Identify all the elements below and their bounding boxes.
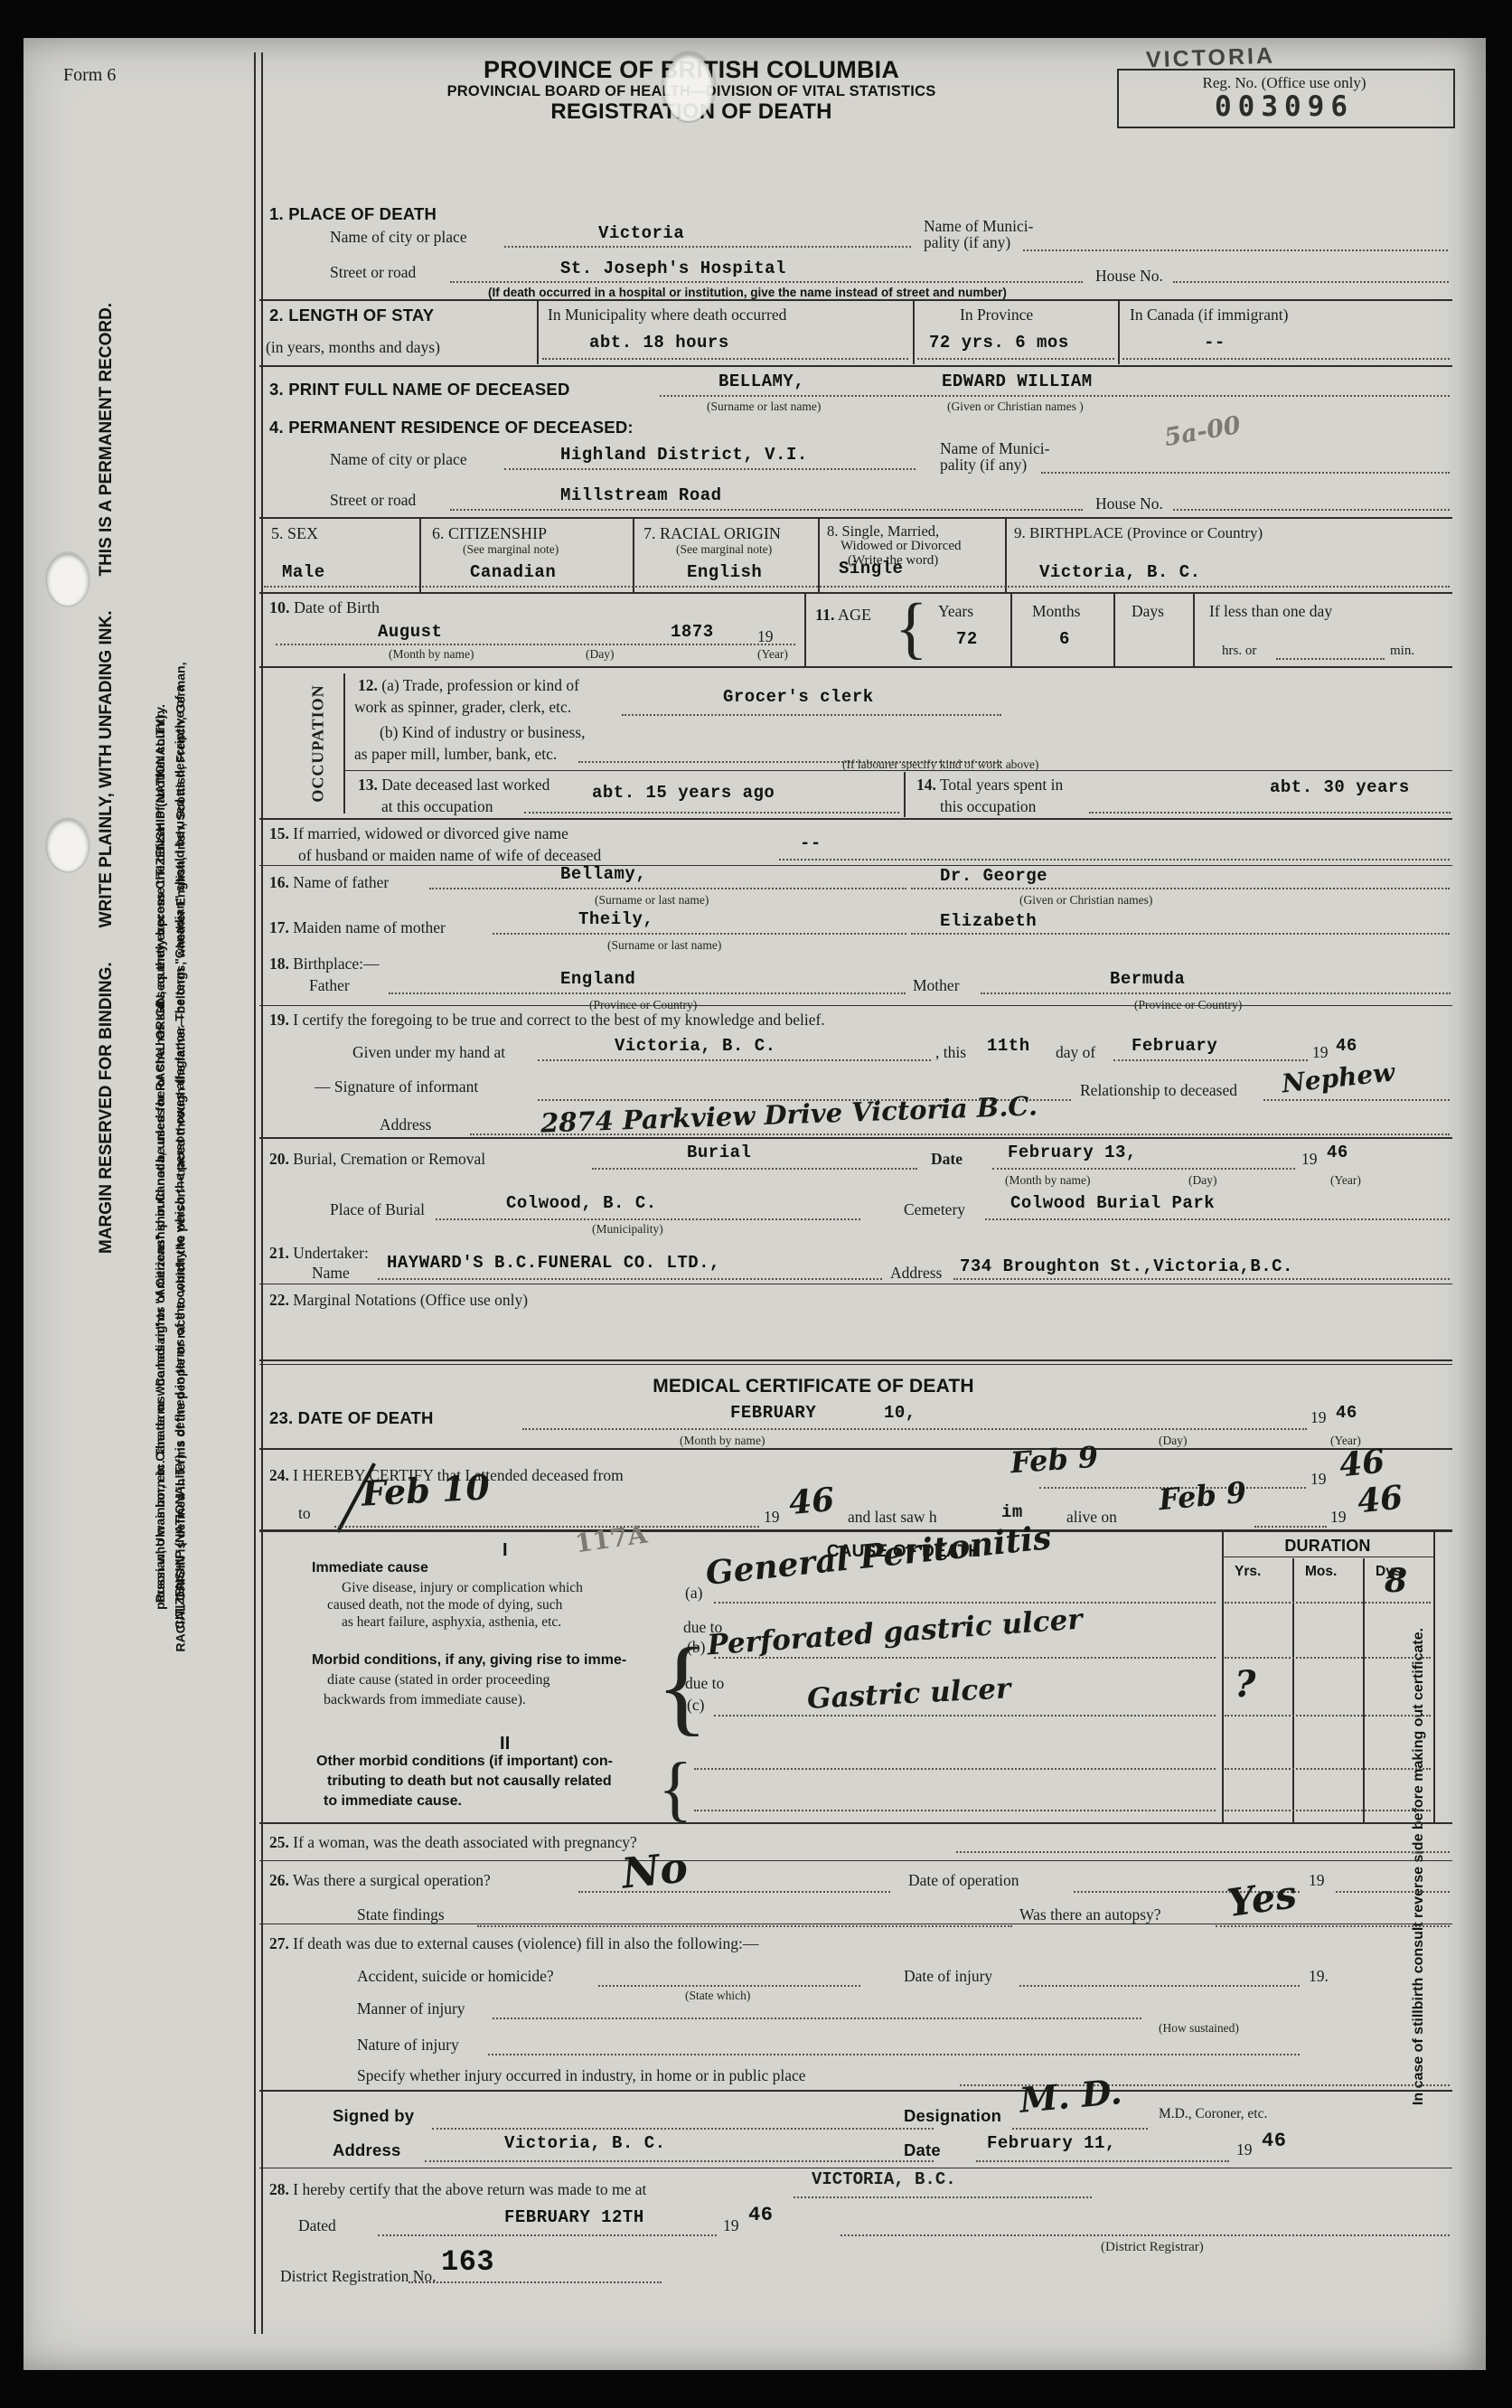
s9-value: Victoria, B. C. bbox=[1039, 562, 1201, 582]
dotted-line bbox=[1225, 1715, 1431, 1717]
s10-month-value: August bbox=[378, 622, 442, 642]
s15-value: -- bbox=[800, 833, 822, 853]
dotted-line bbox=[1173, 509, 1450, 511]
s28-number: 28. bbox=[269, 2180, 289, 2198]
dotted-line bbox=[378, 1278, 882, 1280]
rule bbox=[904, 772, 906, 817]
s1-city-label: Name of city or place bbox=[330, 228, 467, 247]
s24-year-hand-3: 46 bbox=[1356, 1478, 1404, 1520]
s13-value: abt. 15 years ago bbox=[592, 783, 775, 803]
rule bbox=[818, 519, 820, 592]
s11-min-label: min. bbox=[1390, 644, 1414, 659]
s21-name-label: Name bbox=[312, 1264, 350, 1283]
s24-from-hand: Feb 9 bbox=[1010, 1440, 1100, 1481]
s26-autopsy-label: Was there an autopsy? bbox=[1019, 1905, 1161, 1924]
s16-surname-caption: (Surname or last name) bbox=[595, 893, 709, 908]
s10-year-caption: (Year) bbox=[757, 647, 788, 662]
s8-line1: Single, Married, bbox=[842, 522, 940, 540]
s18-mother-value: Bermuda bbox=[1110, 969, 1185, 989]
rule bbox=[259, 1822, 1452, 1824]
certificate-date-value: February 11, bbox=[987, 2133, 1116, 2153]
rule bbox=[343, 673, 345, 814]
duration-header: DURATION bbox=[1222, 1537, 1433, 1556]
s13-line1: Date deceased last worked bbox=[381, 776, 549, 794]
s12-number: 12. bbox=[358, 676, 378, 694]
s27-state-which-caption: (State which) bbox=[685, 1989, 750, 2003]
s16-given-caption: (Given or Christian names) bbox=[1019, 893, 1152, 908]
s11-less-label: If less than one day bbox=[1209, 602, 1332, 621]
s23-year-value: 46 bbox=[1336, 1403, 1357, 1423]
dotted-line bbox=[911, 888, 1450, 889]
form-left-border bbox=[254, 52, 263, 2334]
s20-year-value: 46 bbox=[1327, 1143, 1348, 1162]
s10-year-value: 1873 bbox=[671, 622, 714, 642]
dotted-line bbox=[1225, 1810, 1431, 1811]
s6-title: CITIZENSHIP bbox=[448, 524, 547, 542]
s2-number: 2. bbox=[269, 306, 284, 325]
s16-surname-value: Bellamy, bbox=[560, 864, 646, 884]
s25-number: 25. bbox=[269, 1833, 289, 1851]
dotted-line bbox=[1276, 658, 1385, 660]
rule bbox=[259, 1529, 1452, 1532]
rule bbox=[259, 1448, 1452, 1450]
physician-address-value: Victoria, B. C. bbox=[504, 2133, 666, 2153]
age-brace: { bbox=[895, 589, 927, 668]
dotted-line bbox=[1336, 1891, 1450, 1893]
s4-title: PERMANENT RESIDENCE OF DECEASED: bbox=[288, 418, 634, 437]
dotted-line bbox=[378, 2234, 717, 2236]
s15-line2: of husband or maiden name of wife of dec… bbox=[298, 846, 601, 865]
s2-muni-value: abt. 18 hours bbox=[589, 333, 729, 353]
dotted-line bbox=[578, 1891, 890, 1893]
s26-date-label: Date of operation bbox=[908, 1871, 1019, 1890]
dotted-line bbox=[956, 1851, 1450, 1853]
rule bbox=[259, 299, 1452, 301]
md-coroner-caption: M.D., Coroner, etc. bbox=[1159, 2106, 1267, 2122]
cause-b-due-to: due to bbox=[685, 1674, 724, 1693]
s26-label: Was there a surgical operation? bbox=[293, 1871, 491, 1889]
form-number: Form 6 bbox=[63, 65, 116, 86]
dotted-line bbox=[1225, 1768, 1431, 1770]
s8-line2: Widowed or Divorced bbox=[841, 539, 962, 554]
dotted-line bbox=[841, 2234, 1450, 2236]
s2-sub-label: (in years, months and days) bbox=[266, 338, 440, 357]
s6-number: 6. bbox=[432, 524, 445, 542]
s12a-line2: work as spinner, grader, clerk, etc. bbox=[354, 698, 571, 717]
s7-title: RACIAL ORIGIN bbox=[660, 524, 781, 542]
cause-part-two: II bbox=[500, 1734, 511, 1754]
s19-year-prefix: 19 bbox=[1312, 1043, 1329, 1062]
punch-hole-left-2 bbox=[47, 819, 89, 871]
s23-title: DATE OF DEATH bbox=[298, 1408, 434, 1427]
dotted-line bbox=[714, 1657, 1216, 1659]
s19-day-value: 11th bbox=[987, 1036, 1030, 1056]
s11-days-label: Days bbox=[1132, 602, 1164, 621]
s18-mother-label: Mother bbox=[913, 976, 960, 995]
s3-given-caption: (Given or Christian names ) bbox=[947, 400, 1084, 414]
cause-a-label: (a) bbox=[685, 1584, 702, 1603]
s2-canada-value: -- bbox=[1204, 333, 1226, 353]
s16-label: Name of father bbox=[293, 873, 389, 891]
s28-label: I hereby certify that the above return w… bbox=[293, 2180, 646, 2198]
duration-c-years-value: ? bbox=[1235, 1663, 1255, 1706]
s18-father-value: England bbox=[560, 969, 635, 989]
s6-value: Canadian bbox=[470, 562, 556, 582]
cause-other-line2: tributing to death but not causally rela… bbox=[327, 1773, 612, 1790]
dotted-line bbox=[1023, 249, 1448, 251]
dotted-line bbox=[714, 1602, 1216, 1604]
cause-morbid-line2: diate cause (stated in order proceeding bbox=[327, 1672, 550, 1688]
s16-given-value: Dr. George bbox=[940, 866, 1047, 886]
s12b-line2: as paper mill, lumber, bank, etc. bbox=[354, 745, 557, 764]
rule bbox=[804, 594, 806, 666]
s15-number: 15. bbox=[269, 824, 289, 842]
dotted-line bbox=[1263, 1099, 1450, 1101]
certificate-year-prefix: 19 bbox=[1236, 2140, 1253, 2159]
rule bbox=[259, 1364, 1452, 1365]
s20-label: Burial, Cremation or Removal bbox=[293, 1150, 485, 1168]
s23-month-value: FEBRUARY bbox=[730, 1403, 816, 1423]
rule bbox=[259, 1359, 1452, 1361]
s11-months-value: 6 bbox=[1059, 629, 1070, 649]
s3-given-value: EDWARD WILLIAM bbox=[942, 372, 1093, 391]
s4-number: 4. bbox=[269, 418, 284, 437]
s20-muni-caption: (Municipality) bbox=[592, 1222, 663, 1237]
dotted-line bbox=[694, 1768, 1216, 1770]
duration-a-days-value: 8 bbox=[1385, 1562, 1407, 1600]
s4-street-label: Street or road bbox=[330, 491, 416, 510]
cause-b-label: (b) bbox=[687, 1638, 705, 1657]
s5-value: Male bbox=[282, 562, 325, 582]
s20-year-caption: (Year) bbox=[1330, 1173, 1361, 1188]
dotted-line bbox=[524, 812, 899, 814]
s27-year-prefix: 19. bbox=[1309, 1967, 1329, 1986]
rule bbox=[259, 818, 1452, 820]
s2-province-label: In Province bbox=[960, 306, 1033, 325]
s17-surname-value: Theily, bbox=[578, 909, 653, 929]
s21-label: Undertaker: bbox=[293, 1244, 369, 1262]
s10-day-caption: (Day) bbox=[586, 647, 614, 662]
s27-how-sustained-caption: (How sustained) bbox=[1159, 2021, 1239, 2036]
s16-number: 16. bbox=[269, 873, 289, 891]
dotted-line bbox=[592, 1168, 917, 1170]
s23-day-value: 10, bbox=[884, 1403, 916, 1423]
certificate-date-label: Date bbox=[904, 2140, 941, 2160]
dotted-line bbox=[1225, 1602, 1431, 1604]
s4-street-value: Millstream Road bbox=[560, 485, 722, 505]
margin-racial-origin-note-line1: RACIAL ORIGIN is defined in terms of the… bbox=[174, 296, 188, 2018]
s20-value: Burial bbox=[687, 1143, 751, 1162]
dotted-line bbox=[436, 1218, 860, 1220]
s28-dated-value: FEBRUARY 12TH bbox=[504, 2207, 644, 2227]
designation-label: Designation bbox=[904, 2106, 1001, 2126]
s26-findings-label: State findings bbox=[357, 1905, 445, 1924]
s4-city-value: Highland District, V.I. bbox=[560, 445, 808, 465]
dotted-line bbox=[911, 933, 1450, 935]
dotted-line bbox=[598, 1985, 860, 1987]
s10-month-caption: (Month by name) bbox=[389, 647, 474, 662]
s14-line2: this occupation bbox=[940, 797, 1036, 816]
s3-number: 3. bbox=[269, 380, 284, 399]
s20-date-label: Date bbox=[931, 1150, 963, 1169]
rule bbox=[259, 517, 1452, 519]
s24-year-hand-2: 46 bbox=[787, 1481, 836, 1522]
rule bbox=[1433, 1531, 1435, 1822]
s13-line2: at this occupation bbox=[381, 797, 493, 816]
s26-year-prefix: 19 bbox=[1309, 1871, 1325, 1890]
dotted-line bbox=[1089, 812, 1451, 814]
dotted-line bbox=[334, 1526, 759, 1528]
s1-title: PLACE OF DEATH bbox=[288, 204, 437, 223]
dotted-line bbox=[1113, 1059, 1308, 1061]
rule bbox=[259, 592, 1452, 594]
s8-number: 8. bbox=[827, 522, 838, 540]
s9-number: 9. bbox=[1014, 524, 1026, 541]
s20-place-value: Colwood, B. C. bbox=[506, 1193, 657, 1213]
dotted-line bbox=[542, 358, 908, 360]
s19-month-value: February bbox=[1132, 1036, 1217, 1056]
rule bbox=[259, 1284, 1452, 1284]
dotted-line bbox=[522, 1428, 1307, 1430]
s10-number: 10. bbox=[269, 598, 290, 616]
dotted-line bbox=[779, 859, 1450, 861]
s14-value: abt. 30 years bbox=[1270, 777, 1410, 797]
s28-year-prefix: 19 bbox=[723, 2216, 739, 2235]
s14-number: 14. bbox=[916, 776, 936, 794]
physician-signature bbox=[389, 2016, 913, 2142]
s7-value: English bbox=[687, 562, 762, 582]
s24-year-prefix-3: 19 bbox=[1330, 1508, 1347, 1527]
s27-accident-label: Accident, suicide or homicide? bbox=[357, 1967, 554, 1986]
rule bbox=[343, 770, 1452, 771]
s3-surname-value: BELLAMY, bbox=[718, 372, 804, 391]
rule bbox=[633, 519, 634, 592]
s21-address-label: Address bbox=[890, 1264, 942, 1283]
scanned-death-registration: MARGIN RESERVED FOR BINDING. WRITE PLAIN… bbox=[0, 0, 1512, 2408]
s13-number: 13. bbox=[358, 776, 378, 794]
rule bbox=[419, 519, 421, 592]
duration-mos-label: Mos. bbox=[1305, 1564, 1337, 1580]
s2-title: LENGTH OF STAY bbox=[288, 306, 434, 325]
s28-year-value: 46 bbox=[748, 2204, 773, 2226]
s1-street-label: Street or road bbox=[330, 263, 416, 282]
s11-months-label: Months bbox=[1032, 602, 1080, 621]
s28-dated-label: Dated bbox=[298, 2216, 336, 2235]
s10-year-prefix: 19 bbox=[757, 627, 774, 646]
s1-house-label: House No. bbox=[1095, 267, 1163, 286]
s8-value: Single bbox=[839, 559, 903, 578]
punch-hole-top-overlay bbox=[664, 54, 713, 121]
s19-address-label: Address bbox=[380, 1115, 431, 1134]
dotted-line bbox=[493, 933, 906, 935]
dotted-line bbox=[1254, 1526, 1327, 1528]
s4-muni-label2: pality (if any) bbox=[940, 456, 1027, 475]
s19-year-value: 46 bbox=[1336, 1036, 1357, 1056]
s17-surname-caption: (Surname or last name) bbox=[607, 938, 721, 953]
s12b-line1: (b) Kind of industry or business, bbox=[380, 723, 585, 742]
s1-note: (If death occurred in a hospital or inst… bbox=[488, 286, 1007, 299]
s11-number: 11. bbox=[815, 606, 835, 624]
s22-label: Marginal Notations (Office use only) bbox=[293, 1291, 528, 1309]
cause-other-line1: Other morbid conditions (if important) c… bbox=[316, 1754, 613, 1770]
dotted-line bbox=[694, 1810, 1216, 1811]
dotted-line bbox=[1122, 358, 1450, 360]
cause-immediate-line1: Give disease, injury or complication whi… bbox=[342, 1580, 583, 1596]
s24-year-prefix-1: 19 bbox=[1310, 1470, 1327, 1489]
punch-hole-left-1 bbox=[47, 553, 89, 606]
rule bbox=[1010, 594, 1012, 666]
rule bbox=[259, 865, 1452, 866]
s25-label: If a woman, was the death associated wit… bbox=[293, 1833, 636, 1851]
cause-c-label: (c) bbox=[687, 1696, 704, 1715]
s20-month-caption: (Month by name) bbox=[1005, 1173, 1090, 1188]
district-registrar-signature bbox=[836, 2162, 1342, 2234]
s5-number: 5. bbox=[271, 524, 284, 542]
dotted-line bbox=[985, 1218, 1450, 1220]
s12a-value: Grocer's clerk bbox=[723, 687, 874, 707]
s5-title: SEX bbox=[287, 524, 318, 542]
dotted-line bbox=[660, 395, 1450, 397]
s20-year-prefix: 19 bbox=[1301, 1150, 1318, 1169]
s27-label: If death was due to external causes (vio… bbox=[293, 1934, 758, 1952]
rule bbox=[1292, 1558, 1294, 1822]
s2-muni-label: In Municipality where death occurred bbox=[548, 306, 786, 325]
s17-given-value: Elizabeth bbox=[940, 911, 1037, 931]
dotted-line bbox=[276, 644, 795, 645]
dotted-line bbox=[1216, 1925, 1450, 1927]
rule bbox=[1363, 1558, 1365, 1822]
rule bbox=[259, 1137, 1452, 1139]
reg-no-value: 003096 bbox=[1117, 90, 1451, 123]
dotted-line bbox=[981, 992, 1451, 994]
s20-place-label: Place of Burial bbox=[330, 1200, 425, 1219]
s24-number: 24. bbox=[269, 1466, 289, 1484]
rule bbox=[1118, 301, 1120, 364]
s1-number: 1. bbox=[269, 204, 284, 223]
s26-number: 26. bbox=[269, 1871, 289, 1889]
s12a-line1: (a) Trade, profession or kind of bbox=[381, 676, 579, 694]
reg-no-label: Reg. No. (Office use only) bbox=[1117, 74, 1451, 92]
margin-binding-note: MARGIN RESERVED FOR BINDING. WRITE PLAIN… bbox=[97, 368, 117, 1254]
s24-him-typed: im bbox=[1001, 1502, 1023, 1522]
district-registration-value: 163 bbox=[441, 2245, 494, 2279]
rule bbox=[1222, 1557, 1435, 1557]
s17-label: Maiden name of mother bbox=[293, 918, 446, 936]
cause-immediate-line3: as heart failure, asphyxia, asthenia, et… bbox=[342, 1614, 561, 1631]
rule bbox=[1222, 1531, 1224, 1822]
s20-date-value: February 13, bbox=[1008, 1143, 1137, 1162]
s2-canada-label: In Canada (if immigrant) bbox=[1130, 306, 1288, 325]
dotted-line bbox=[714, 1715, 1216, 1717]
s24-year-prefix-2: 19 bbox=[764, 1508, 780, 1527]
s4-city-label: Name of city or place bbox=[330, 450, 467, 469]
s11-years-value: 72 bbox=[956, 629, 978, 649]
cause-morbid-line1: Morbid conditions, if any, giving rise t… bbox=[312, 1652, 626, 1669]
s7-caption: (See marginal note) bbox=[676, 542, 772, 557]
s10-title: Date of Birth bbox=[294, 598, 380, 616]
s11-hrs-label: hrs. or bbox=[1222, 644, 1256, 659]
duration-yrs-label: Yrs. bbox=[1235, 1564, 1261, 1580]
cause-other-brace: { bbox=[658, 1748, 692, 1830]
s24-to-label: to bbox=[298, 1504, 311, 1523]
rule bbox=[1113, 594, 1115, 666]
dotted-line bbox=[409, 2281, 662, 2283]
s4-house-label: House No. bbox=[1095, 494, 1163, 513]
s17-number: 17. bbox=[269, 918, 289, 936]
s23-year-prefix: 19 bbox=[1310, 1408, 1327, 1427]
dotted-line bbox=[450, 509, 1083, 511]
s23-day-caption: (Day) bbox=[1159, 1434, 1187, 1448]
s19-day-of-label: day of bbox=[1056, 1043, 1095, 1062]
occupation-vertical-label: OCCUPATION bbox=[309, 672, 328, 816]
s19-dash: — bbox=[315, 1077, 331, 1096]
cause-immediate-title: Immediate cause bbox=[312, 1560, 428, 1576]
dotted-line bbox=[1012, 2128, 1148, 2130]
rule bbox=[259, 1860, 1452, 1861]
cause-part-one: I bbox=[502, 1540, 508, 1561]
rule bbox=[259, 1924, 1452, 1924]
s14-line1: Total years spent in bbox=[940, 776, 1063, 794]
s15-line1: If married, widowed or divorced give nam… bbox=[293, 824, 568, 842]
s21-address-value: 734 Broughton St.,Victoria,B.C. bbox=[960, 1256, 1293, 1276]
s20-cemetery-value: Colwood Burial Park bbox=[1010, 1193, 1215, 1213]
s20-day-caption: (Day) bbox=[1188, 1173, 1216, 1188]
s23-number: 23. bbox=[269, 1408, 293, 1427]
s11-title: AGE bbox=[838, 606, 871, 624]
s24-to-hand: Feb 10 bbox=[361, 1466, 491, 1513]
rule bbox=[913, 301, 915, 364]
s20-number: 20. bbox=[269, 1150, 289, 1168]
s18-label: Birthplace:— bbox=[293, 955, 379, 973]
rule bbox=[537, 301, 539, 364]
dotted-line bbox=[504, 246, 911, 248]
s7-number: 7. bbox=[643, 524, 656, 542]
dotted-line bbox=[1019, 1985, 1300, 1987]
dotted-line bbox=[504, 468, 916, 470]
district-registrar-caption: (District Registrar) bbox=[1101, 2240, 1204, 2255]
s1-city-value: Victoria bbox=[598, 223, 684, 243]
dotted-line bbox=[1041, 472, 1450, 474]
s21-number: 21. bbox=[269, 1244, 289, 1262]
s19-number: 19. bbox=[269, 1011, 289, 1029]
cause-other-line3: to immediate cause. bbox=[324, 1793, 462, 1810]
certificate-year-value: 46 bbox=[1262, 2130, 1286, 2152]
s24-alive-on-label: alive on bbox=[1066, 1508, 1117, 1527]
physician-address-label: Address bbox=[333, 2140, 400, 2160]
dotted-line bbox=[622, 714, 1001, 716]
s1-muni-label2: pality (if any) bbox=[924, 233, 1010, 252]
s3-title: PRINT FULL NAME OF DECEASED bbox=[288, 380, 569, 399]
s3-surname-caption: (Surname or last name) bbox=[707, 400, 821, 414]
dotted-line bbox=[917, 358, 1114, 360]
s24-year-hand-1: 46 bbox=[1338, 1442, 1386, 1484]
dotted-line bbox=[1225, 1657, 1431, 1659]
dotted-line bbox=[264, 586, 1450, 588]
dotted-line bbox=[1173, 281, 1449, 283]
s1-street-value: St. Joseph's Hospital bbox=[560, 259, 786, 278]
margin-stillbirth-note: In case of stillbirth consult reverse si… bbox=[1411, 1523, 1427, 2210]
s6-caption: (See marginal note) bbox=[463, 542, 559, 557]
rule bbox=[1005, 519, 1007, 592]
dotted-line bbox=[953, 1278, 1450, 1280]
cause-morbid-line3: backwards from immediate cause). bbox=[324, 1692, 526, 1708]
s11-years-label: Years bbox=[938, 602, 973, 621]
s19-relationship-label: Relationship to deceased bbox=[1080, 1081, 1237, 1100]
dotted-line bbox=[477, 1925, 1012, 1927]
margin-racial-origin-note-line2: Russian, Ukrainian, etc. The terms "Cana… bbox=[153, 316, 167, 1998]
s9-title: BIRTHPLACE (Province or Country) bbox=[1029, 524, 1263, 541]
s21-name-value: HAYWARD'S B.C.FUNERAL CO. LTD., bbox=[387, 1253, 720, 1273]
